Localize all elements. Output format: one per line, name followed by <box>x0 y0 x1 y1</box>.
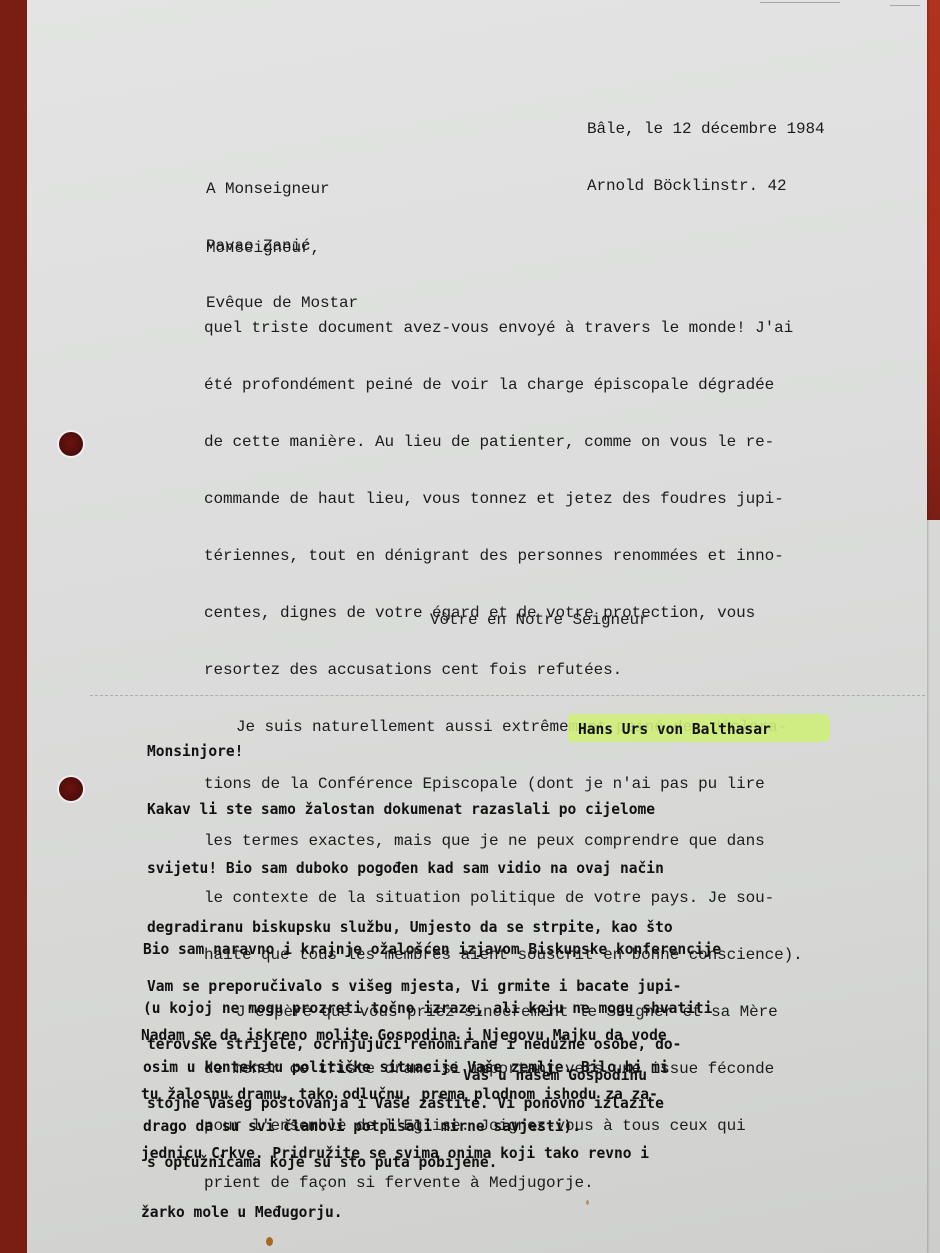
paper-stain <box>266 1237 273 1246</box>
closing-hr: Vaš u našem Gospodinu <box>463 1066 647 1086</box>
signature-name: Hans Urs von Balthasar <box>578 720 771 740</box>
place-date: Bâle, le 12 décembre 1984 <box>587 120 825 139</box>
body-line: commande de haut lieu, vous tonnez et je… <box>204 490 803 509</box>
body-line: tériennes, tout en dénigrant des personn… <box>204 547 803 566</box>
salutation-fr: Monseigneur, <box>206 239 320 258</box>
salutation-hr: Monsinjore! <box>147 742 243 762</box>
punch-hole-icon <box>59 777 83 801</box>
body-line: Kakav li ste samo žalostan dokumenat raz… <box>147 800 681 820</box>
paper-stain <box>586 1200 589 1205</box>
divider-line <box>90 695 925 696</box>
body-line: Nadam se da iskreno molite Gospodina i N… <box>141 1026 667 1046</box>
body-line: žarko mole u Međugorju. <box>141 1203 667 1223</box>
body-line: svijetu! Bio sam duboko pogođen kad sam … <box>147 859 681 879</box>
body-line: resortez des accusations cent fois refut… <box>204 661 803 680</box>
closing-fr: Vôtre en Notre Seigneur <box>430 611 649 630</box>
body-line: de cette manière. Au lieu de patienter, … <box>204 433 803 452</box>
recipient-line: A Monseigneur <box>206 180 358 199</box>
sender-address: Arnold Böcklinstr. 42 <box>587 177 825 196</box>
body-line: jednicu Crkve. Pridružite se svima onima… <box>141 1144 667 1164</box>
top-edge-mark <box>760 2 840 3</box>
letter-header: Bâle, le 12 décembre 1984 Arnold Böcklin… <box>587 82 825 215</box>
body-line: tu žalosnu dramu, tako odlučnu, prema pl… <box>141 1085 667 1105</box>
top-edge-mark <box>890 5 920 6</box>
punch-hole-icon <box>59 432 83 456</box>
body-line: Bio sam naravno i krajnje ožalošćen izja… <box>143 940 721 960</box>
body-line: été profondément peiné de voir la charge… <box>204 376 803 395</box>
body-line: quel triste document avez-vous envoyé à … <box>204 319 803 338</box>
